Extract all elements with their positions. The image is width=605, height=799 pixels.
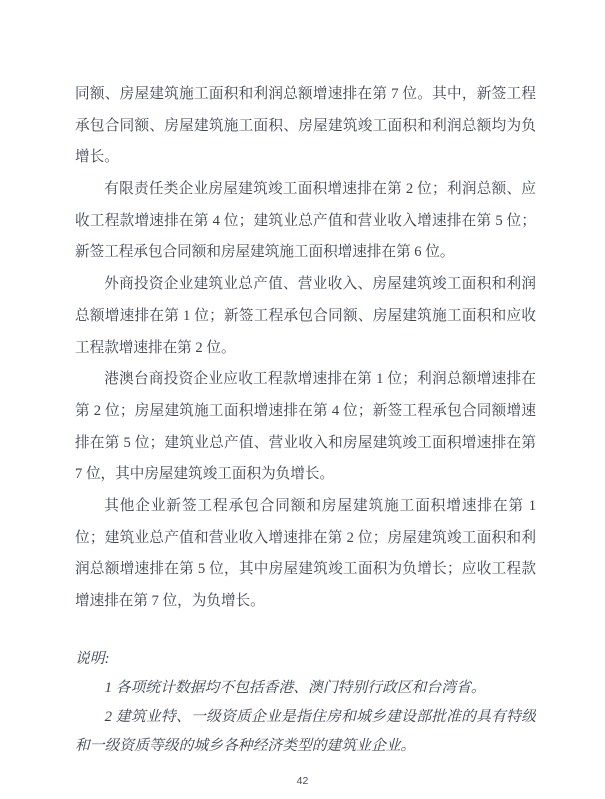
text-line: 2 建筑业特、一级资质企业是指住房和城乡建设部批准的具有特级 <box>75 703 536 732</box>
text-line: 承包合同额、房屋建筑施工面积、房屋建筑竣工面积和利润总额均为负 <box>75 111 536 143</box>
text-line: 1 各项统计数据均不包括香港、澳门特别行政区和台湾省。 <box>75 674 536 703</box>
text-line: 收工程款增速排在第 4 位；建筑业总产值和营业收入增速排在第 5 位； <box>75 206 536 238</box>
text-line: 总额增速排在第 1 位；新签工程承包合同额、房屋建筑施工面积和应收 <box>75 301 536 333</box>
text-line: 工程款增速排在第 2 位。 <box>75 333 536 365</box>
text-line: 其他企业新签工程承包合同额和房屋建筑施工面积增速排在第 1 <box>75 491 536 523</box>
notes-heading: 说明: <box>75 645 536 674</box>
text-line: 7 位，其中房屋建筑竣工面积为负增长。 <box>75 459 536 491</box>
text-line: 和一级资质等级的城乡各种经济类型的建筑业企业。 <box>75 732 536 761</box>
text-line: 港澳台商投资企业应收工程款增速排在第 1 位；利润总额增速排在 <box>75 364 536 396</box>
text-line: 排在第 5 位；建筑业总产值、营业收入和房屋建筑竣工面积增速排在第 <box>75 428 536 460</box>
text-line: 增长。 <box>75 142 536 174</box>
text-line: 第 2 位；房屋建筑施工面积增速排在第 4 位；新签工程承包合同额增速 <box>75 396 536 428</box>
notes-section: 说明: 1 各项统计数据均不包括香港、澳门特别行政区和台湾省。2 建筑业特、一级… <box>75 645 536 761</box>
text-line: 同额、房屋建筑施工面积和利润总额增速排在第 7 位。其中，新签工程 <box>75 79 536 111</box>
text-line: 增速排在第 7 位，为负增长。 <box>75 586 536 618</box>
text-line: 外商投资企业建筑业总产值、营业收入、房屋建筑竣工面积和利润 <box>75 269 536 301</box>
text-line: 新签工程承包合同额和房屋建筑施工面积增速排在第 6 位。 <box>75 237 536 269</box>
text-line: 润总额增速排在第 5 位，其中房屋建筑竣工面积为负增长；应收工程款 <box>75 554 536 586</box>
text-line: 有限责任类企业房屋建筑竣工面积增速排在第 2 位；利润总额、应 <box>75 174 536 206</box>
notes-items: 1 各项统计数据均不包括香港、澳门特别行政区和台湾省。2 建筑业特、一级资质企业… <box>75 674 536 761</box>
body-text: 同额、房屋建筑施工面积和利润总额增速排在第 7 位。其中，新签工程承包合同额、房… <box>75 79 536 618</box>
document-page: 同额、房屋建筑施工面积和利润总额增速排在第 7 位。其中，新签工程承包合同额、房… <box>0 0 605 799</box>
text-line: 位；建筑业总产值和营业收入增速排在第 2 位；房屋建筑竣工面积和利 <box>75 523 536 555</box>
page-number: 42 <box>0 775 605 787</box>
